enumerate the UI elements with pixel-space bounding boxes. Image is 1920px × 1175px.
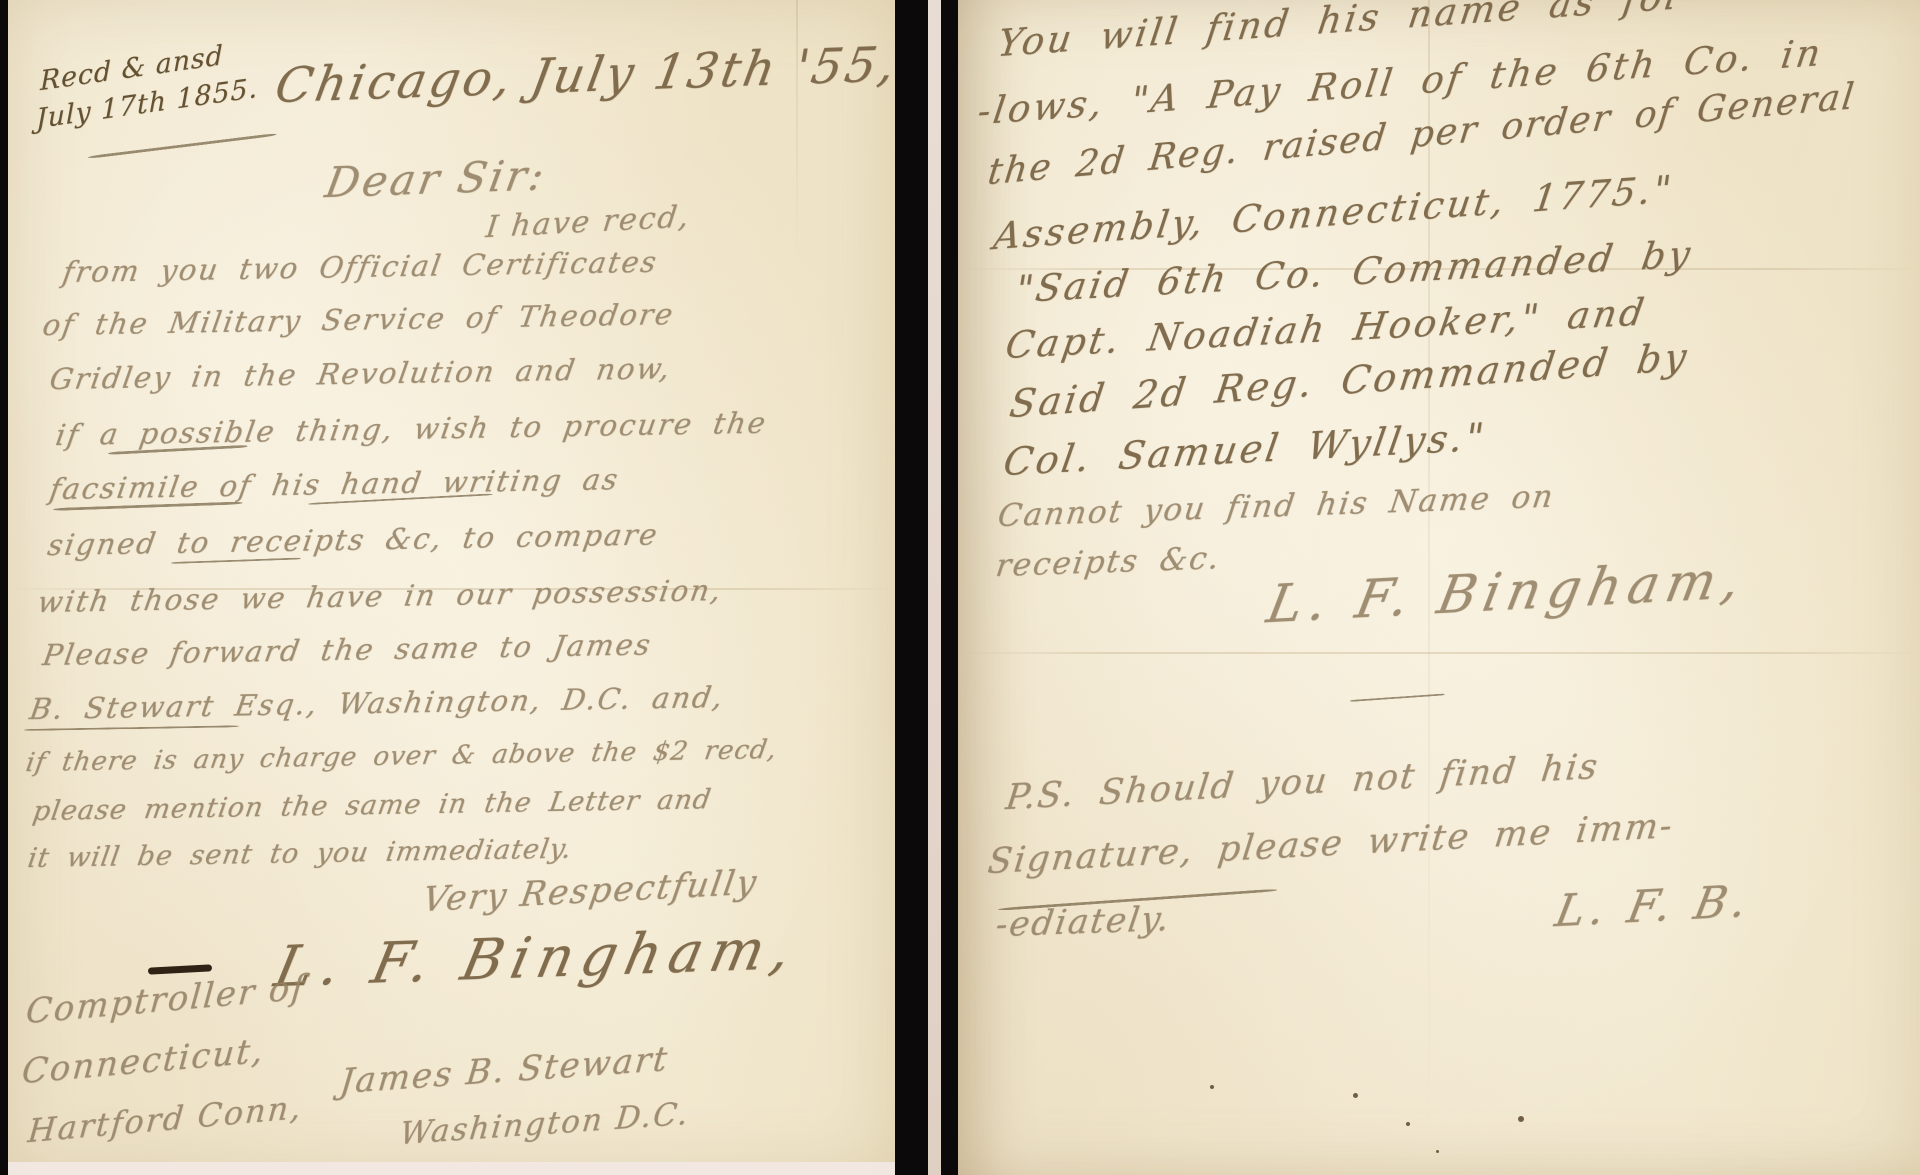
page1-body-line: facsimile of his hand writing as [47, 462, 622, 506]
letter-scan: Recd & ansd July 17th 1855. Chicago, Jul… [0, 0, 1920, 1175]
postscript-line: P.S. Should you not find his [1004, 747, 1602, 818]
postscript-line: Signature, please write me imm- [986, 806, 1676, 882]
recipient-name: James B. Stewart [338, 1039, 671, 1102]
page1-body-line: Gridley in the Revolution and now, [47, 351, 674, 396]
office-block-line: Connecticut, [20, 1031, 266, 1093]
signature-flourish [1350, 693, 1445, 702]
closing: Very Respectfully [420, 862, 761, 920]
page1-body-line: if a possible thing, wish to procure the [53, 406, 769, 453]
underline-stewart [24, 725, 239, 731]
signature: L. F. Bingham, [1262, 550, 1752, 636]
dateline: Chicago, July 13th '55, [271, 36, 902, 114]
underline-flourish [88, 133, 277, 159]
office-block-line: Hartford Conn, [26, 1088, 304, 1150]
page1-body-line: from you two Official Certificates [60, 245, 660, 289]
page1-body-line: with those we have in our possession, [35, 573, 725, 619]
office-block-line: Comptroller of [24, 967, 307, 1032]
page-edge-sliver [928, 0, 941, 1175]
letter-page-2: You will find his name as fol- -lows, "A… [958, 0, 1920, 1175]
page2-line: receipts &c. [993, 540, 1223, 584]
page1-body-line: Please forward the same to James [40, 627, 654, 672]
ink-spot [1353, 1093, 1358, 1098]
ink-spot [1436, 1150, 1439, 1153]
letter-page-1: Recd & ansd July 17th 1855. Chicago, Jul… [8, 0, 895, 1175]
ink-spot [1210, 1085, 1214, 1089]
page1-body-line: B. Stewart Esq., Washington, D.C. and, [27, 680, 726, 726]
postscript-line: -ediately. [993, 899, 1173, 945]
ink-spot [1518, 1116, 1524, 1122]
recipient-city: Washington D.C. [398, 1096, 691, 1153]
body-opener: I have recd, [484, 199, 693, 245]
page1-body-line: it will be sent to you immediately. [26, 833, 575, 874]
scanbed-strip [8, 1162, 895, 1175]
page1-body-line: please mention the same in the Letter an… [31, 784, 714, 827]
postscript-initials: L. F. B. [1551, 875, 1756, 937]
ink-blot [148, 964, 212, 974]
page1-body-line: of the Military Service of Theodore [40, 297, 677, 342]
page2-line: Col. Samuel Wyllys." [1000, 415, 1489, 485]
signature: L. F. Bingham, [269, 917, 804, 1001]
fold-line [958, 652, 1920, 654]
page2-line: Cannot you find his Name on [995, 478, 1556, 534]
ink-spot [1406, 1122, 1410, 1126]
page1-body-line: signed to receipts &c, to compare [45, 517, 661, 562]
page1-body-line: if there is any charge over & above the … [24, 735, 780, 778]
salutation: Dear Sir: [322, 150, 551, 207]
